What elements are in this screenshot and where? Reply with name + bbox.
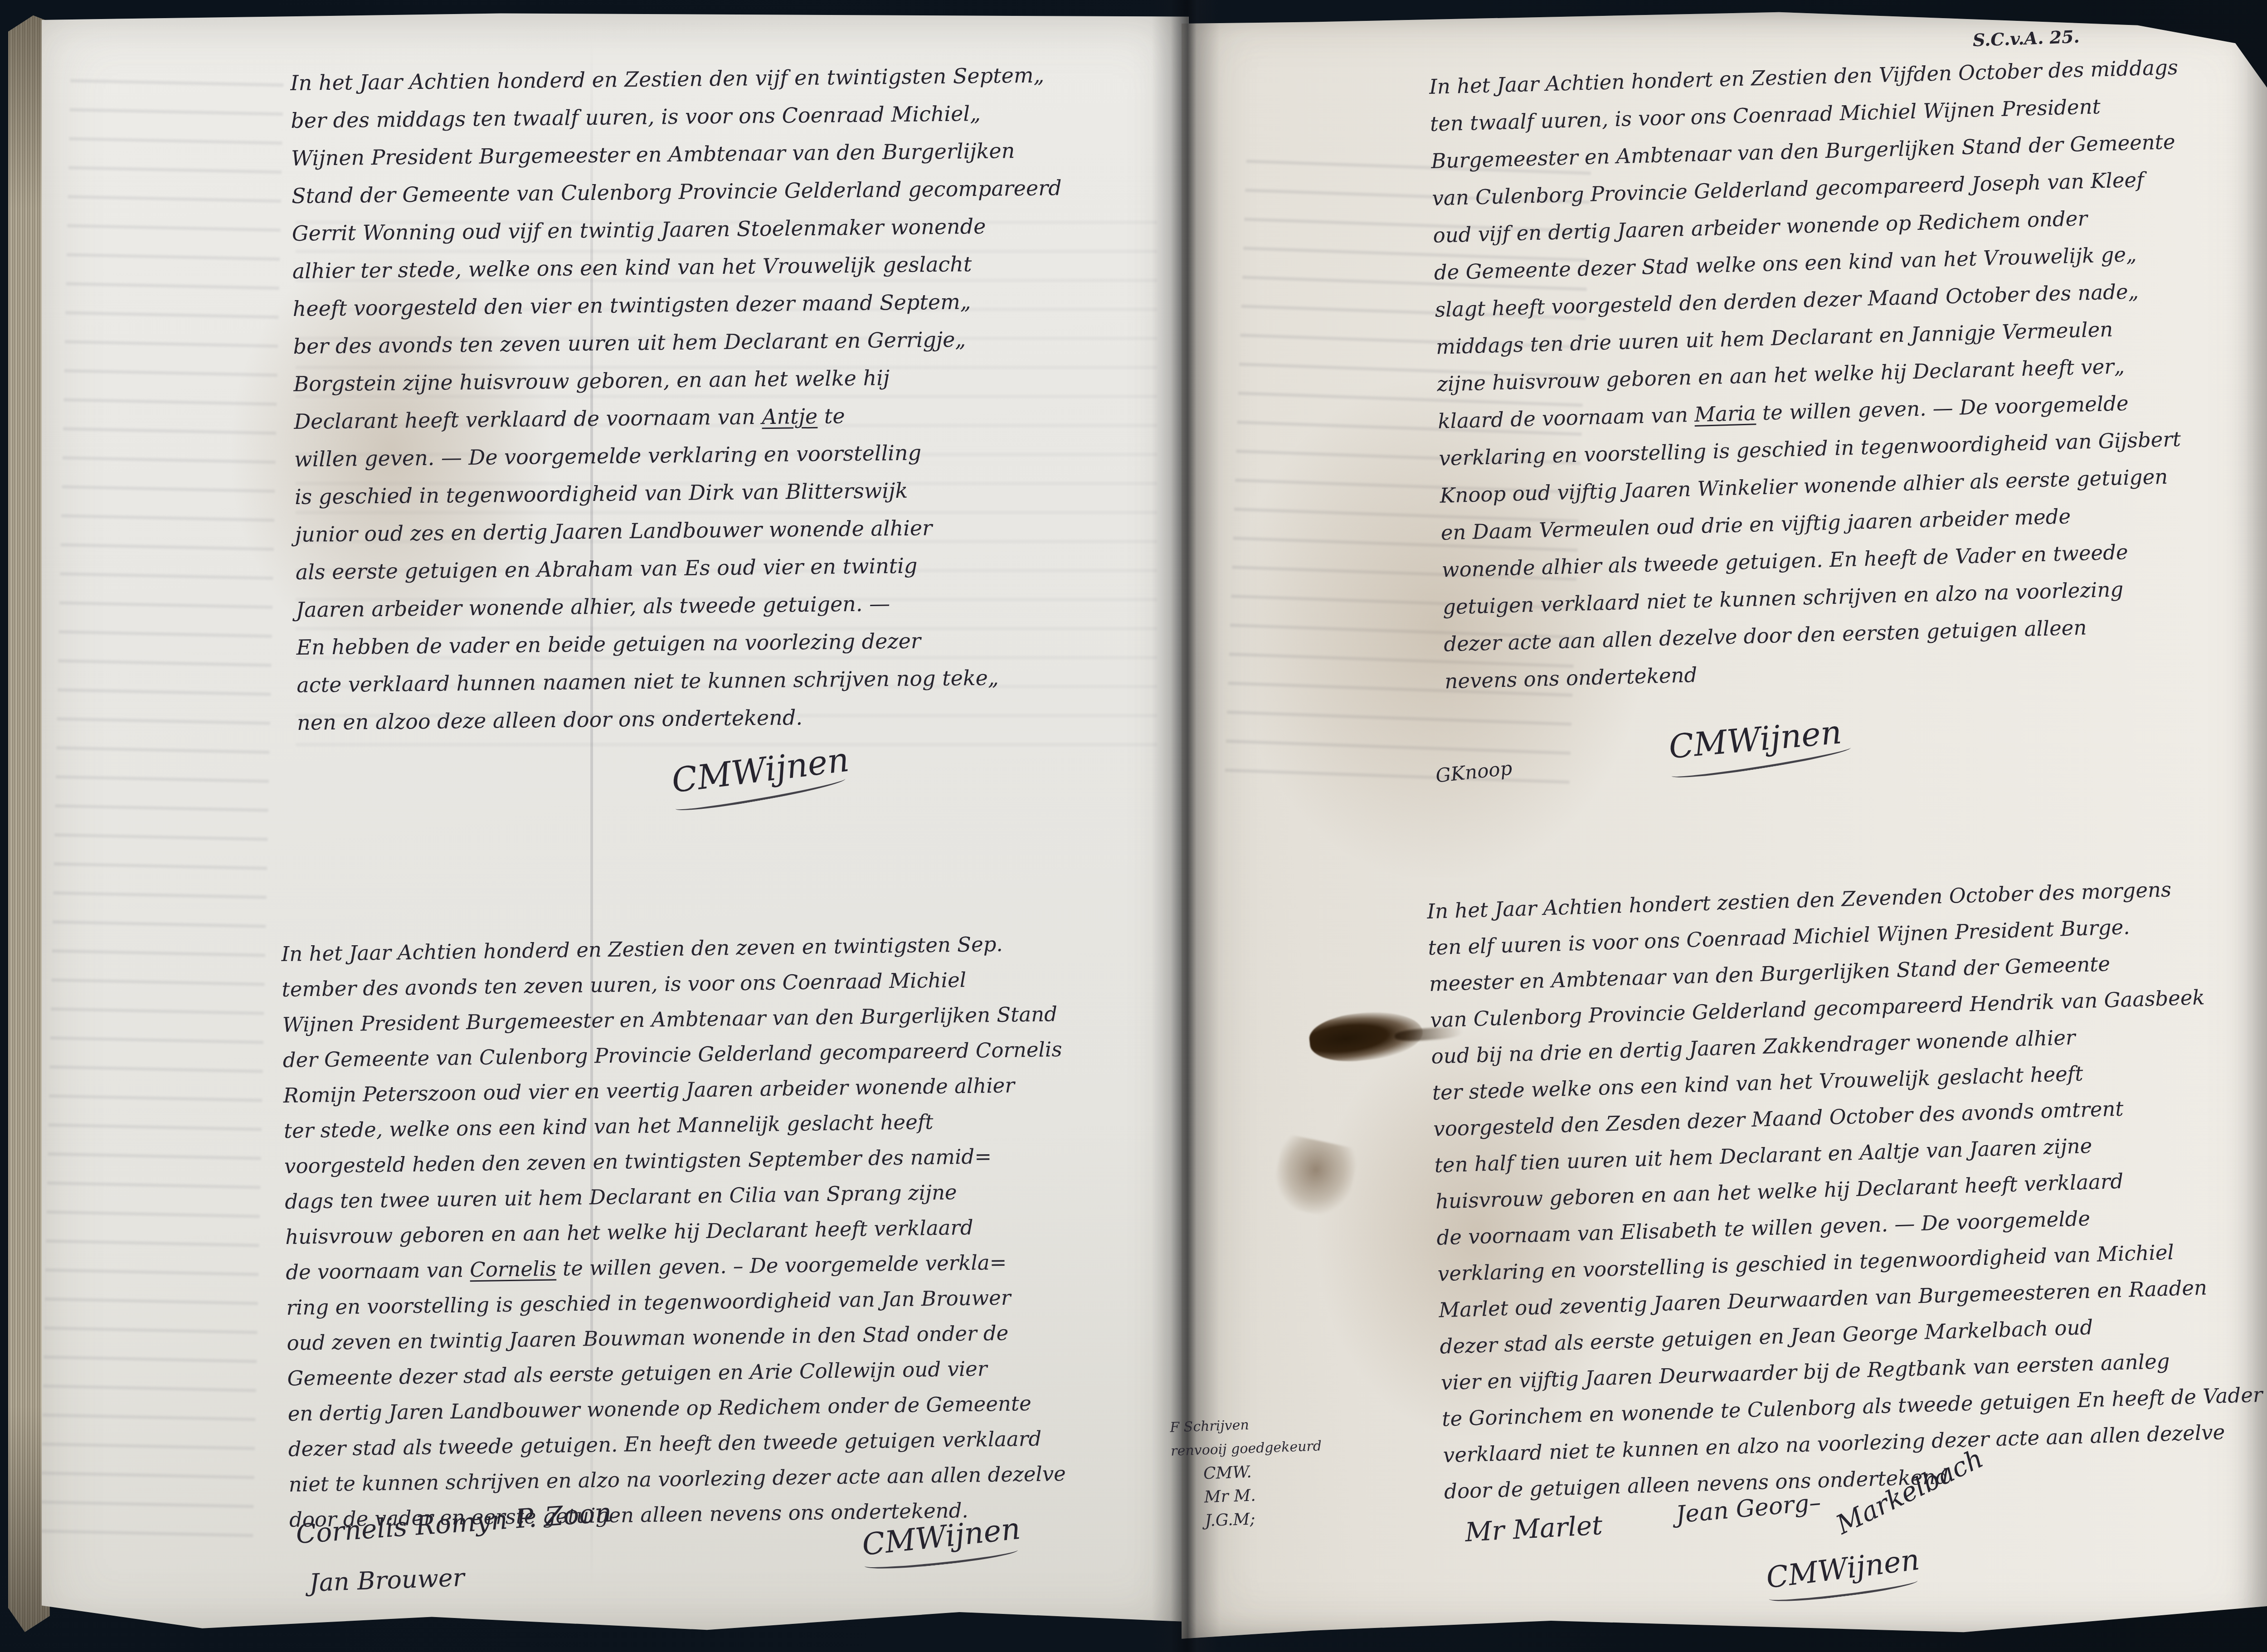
signature-cmwijnen-act3: CMWijnen (1667, 712, 1852, 776)
book-scan: In het Jaar Achtien honderd en Zestien d… (0, 0, 2267, 1652)
left-page: In het Jaar Achtien honderd en Zestien d… (42, 12, 1189, 1635)
signature-mr-marlet: Mr Marlet (1464, 1510, 1603, 1548)
handwritten-line: Mr M. (1204, 1482, 1324, 1509)
act-3-text: In het Jaar Achtien hondert en Zestien d… (1429, 47, 2266, 700)
ghost-showthrough (40, 64, 284, 1537)
page-number-label: S.C.v.A. 25. (1972, 26, 2080, 50)
right-page: S.C.v.A. 25. In het Jaar Achtien hondert… (1182, 7, 2267, 1642)
margin-note: F Schrijvenrenvooij goedgekeurdCMW.Mr M.… (1170, 1411, 1325, 1534)
act-1-text: In het Jaar Achtien honderd en Zestien d… (290, 55, 1193, 742)
birth-act-1: In het Jaar Achtien honderd en Zestien d… (290, 55, 1193, 742)
signature-jan-brouwer: Jan Brouwer (309, 1563, 465, 1597)
act-4-text: In het Jaar Achtien hondert zestien den … (1426, 869, 2267, 1510)
birth-act-3: In het Jaar Achtien hondert en Zestien d… (1429, 47, 2266, 700)
handwritten-line: CMW. (1203, 1458, 1323, 1486)
act-2-text: In het Jaar Achtien honderd en Zestien d… (281, 924, 1192, 1538)
birth-act-4: In het Jaar Achtien hondert zestien den … (1426, 869, 2267, 1510)
birth-act-2: In het Jaar Achtien honderd en Zestien d… (281, 924, 1192, 1538)
ink-smudge (1269, 1133, 1360, 1220)
signature-cmwijnen-act1: CMWijnen (670, 740, 852, 811)
signature-cmwijnen-act4: CMWijnen (1764, 1543, 1922, 1606)
margin-note-text: F Schrijvenrenvooij goedgekeurdCMW.Mr M.… (1170, 1411, 1325, 1534)
signature-gknoop: GKnoop (1435, 757, 1513, 787)
handwritten-line: J.G.M; (1205, 1505, 1325, 1533)
